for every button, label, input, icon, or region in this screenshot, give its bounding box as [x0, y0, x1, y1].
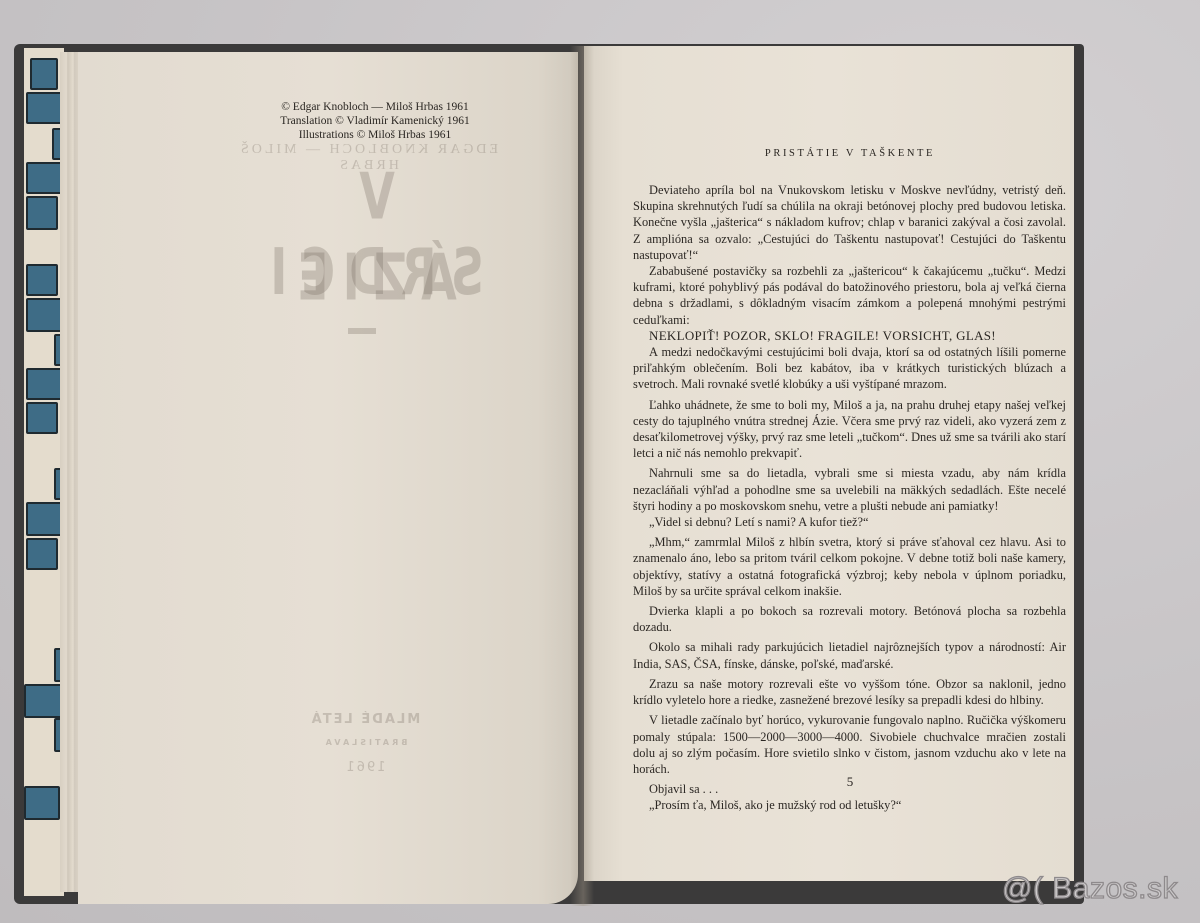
binding-block — [24, 684, 64, 718]
binding-block — [26, 162, 64, 194]
spiral-binding — [24, 48, 64, 896]
binding-block — [30, 58, 58, 90]
paragraph: Deviateho apríla bol na Vnukovskom letis… — [633, 182, 1066, 263]
book-gutter — [570, 46, 594, 906]
binding-block — [26, 196, 58, 230]
ghost-year: 1961 — [340, 760, 390, 775]
paragraph: A medzi nedočkavými cestujúcimi boli dva… — [633, 344, 1066, 393]
paragraph: „Mhm,“ zamrmlal Miloš z hlbín svetra, kt… — [633, 534, 1066, 599]
paragraph: Nahrnuli sme sa do lietadla, vybrali sme… — [633, 465, 1066, 514]
ghost-publisher: MLADÉ LETÁ — [300, 712, 430, 727]
copyright-line: Translation © Vladimír Kamenický 1961 — [250, 114, 500, 128]
copyright-line: Illustrations © Miloš Hrbas 1961 — [250, 128, 500, 142]
paragraph: Okolo sa mihali rady parkujúcich lietadi… — [633, 639, 1066, 671]
ghost-ornament — [348, 328, 376, 334]
paragraph: V lietadle začínalo byť horúco, vykurova… — [633, 712, 1066, 777]
chapter-body: Deviateho apríla bol na Vnukovskom letis… — [633, 182, 1066, 814]
ghost-title-line2: ÁZIE — [270, 239, 470, 315]
binding-block — [26, 368, 64, 400]
binding-block — [26, 538, 58, 570]
binding-block — [26, 298, 64, 332]
binding-block — [26, 92, 64, 124]
binding-block — [26, 502, 64, 536]
ghost-city: BRATISLAVA — [310, 738, 420, 747]
binding-block — [26, 264, 58, 296]
binding-block — [24, 786, 60, 820]
page-number: 5 — [820, 774, 880, 790]
paragraph: Zababušené postavičky sa rozbehli za „ja… — [633, 263, 1066, 328]
paragraph-warning-label: NEKLOPIŤ! POZOR, SKLO! FRAGILE! VORSICHT… — [633, 328, 1066, 344]
copyright-notice: © Edgar Knobloch — Miloš Hrbas 1961 Tran… — [250, 100, 500, 142]
paragraph: Dvierka klapli a po bokoch sa rozrevali … — [633, 603, 1066, 635]
paragraph: „Prosím ťa, Miloš, ako je mužský rod od … — [633, 797, 1066, 813]
paragraph: „Videl si debnu? Letí s nami? A kufor ti… — [633, 514, 1066, 530]
binding-block — [26, 402, 58, 434]
copyright-line: © Edgar Knobloch — Miloš Hrbas 1961 — [250, 100, 500, 114]
chapter-title: PRISTÁTIE V TAŠKENTE — [600, 148, 1100, 159]
bazos-watermark: @( Bazos.sk — [1002, 872, 1178, 906]
book-photo: EDGAR KNOBLOCH — MILOŠ HRBAS V SRDCI ÁZI… — [0, 0, 1200, 923]
paragraph: Zrazu sa naše motory rozrevali ešte vo v… — [633, 676, 1066, 708]
paragraph: Ľahko uhádnete, že sme to boli my, Miloš… — [633, 397, 1066, 462]
